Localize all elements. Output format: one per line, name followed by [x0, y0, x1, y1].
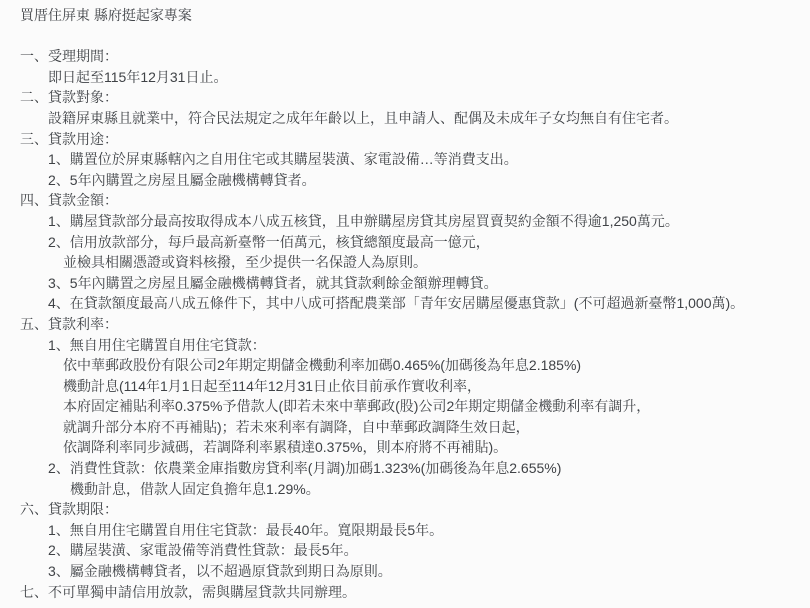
section-line: 即日起至115年12月31日止。	[20, 67, 800, 88]
section-line: 2、購屋裝潢、家電設備等消費性貸款：最長5年。	[20, 540, 800, 561]
section-heading: 四、貸款金額：	[20, 190, 800, 211]
section-heading: 五、貸款利率：	[20, 314, 800, 335]
section-line: 機動計息，借款人固定負擔年息1.29%。	[20, 479, 800, 500]
section-line: 並檢具相關憑證或資料核撥，至少提供一名保證人為原則。	[20, 252, 800, 273]
section-line: 1、無自用住宅購置自用住宅貸款：最長40年。寬限期最長5年。	[20, 520, 800, 541]
section-line: 2、5年內購置之房屋且屬金融機構轉貸者。	[20, 170, 800, 191]
section-line: 設籍屏東縣且就業中，符合民法規定之成年年齡以上，且申請人、配偶及未成年子女均無自…	[20, 108, 800, 129]
section-line: 1、購置位於屏東縣轄內之自用住宅或其購屋裝潢、家電設備…等消費支出。	[20, 149, 800, 170]
document-page: 買厝住屏東 縣府挺起家專案 一、受理期間：即日起至115年12月31日止。二、貸…	[0, 0, 810, 602]
section-line: 本府固定補貼利率0.375%予借款人(即若未來中華郵政(股)公司2年期定期儲金機…	[20, 396, 800, 417]
section-line: 2、消費性貸款：依農業金庫指數房貸利率(月調)加碼1.323%(加碼後為年息2.…	[20, 458, 800, 479]
page-title: 買厝住屏東 縣府挺起家專案	[20, 5, 800, 26]
section-heading: 六、貸款期限：	[20, 499, 800, 520]
section-heading: 二、貸款對象：	[20, 87, 800, 108]
document-body: 一、受理期間：即日起至115年12月31日止。二、貸款對象：設籍屏東縣且就業中，…	[20, 46, 800, 602]
section-line: 依中華郵政股份有限公司2年期定期儲金機動利率加碼0.465%(加碼後為年息2.1…	[20, 355, 800, 376]
section-line: 3、5年內購置之房屋且屬金融機構轉貸者，就其貸款剩餘金額辦理轉貸。	[20, 273, 800, 294]
section-heading: 七、不可單獨申請信用放款，需與購屋貸款共同辦理。	[20, 582, 800, 603]
section-line: 依調降利率同步減碼，若調降利率累積達0.375%，則本府將不再補貼)。	[20, 437, 800, 458]
section-line: 2、信用放款部分，每戶最高新臺幣一佰萬元，核貸總額度最高一億元，	[20, 232, 800, 253]
section-line: 機動計息(114年1月1日起至114年12月31日止依目前承作實收利率，	[20, 376, 800, 397]
section-line: 3、屬金融機構轉貸者，以不超過原貸款到期日為原則。	[20, 561, 800, 582]
section-heading: 一、受理期間：	[20, 46, 800, 67]
section-line: 1、購屋貸款部分最高按取得成本八成五核貸，且申辦購屋房貸其房屋買賣契約金額不得逾…	[20, 211, 800, 232]
section-line: 4、在貸款額度最高八成五條件下，其中八成可搭配農業部「青年安居購屋優惠貸款」(不…	[20, 293, 800, 314]
section-line: 1、無自用住宅購置自用住宅貸款：	[20, 335, 800, 356]
section-heading: 三、貸款用途：	[20, 129, 800, 150]
section-line: 就調升部分本府不再補貼)；若未來利率有調降，自中華郵政調降生效日起，	[20, 417, 800, 438]
